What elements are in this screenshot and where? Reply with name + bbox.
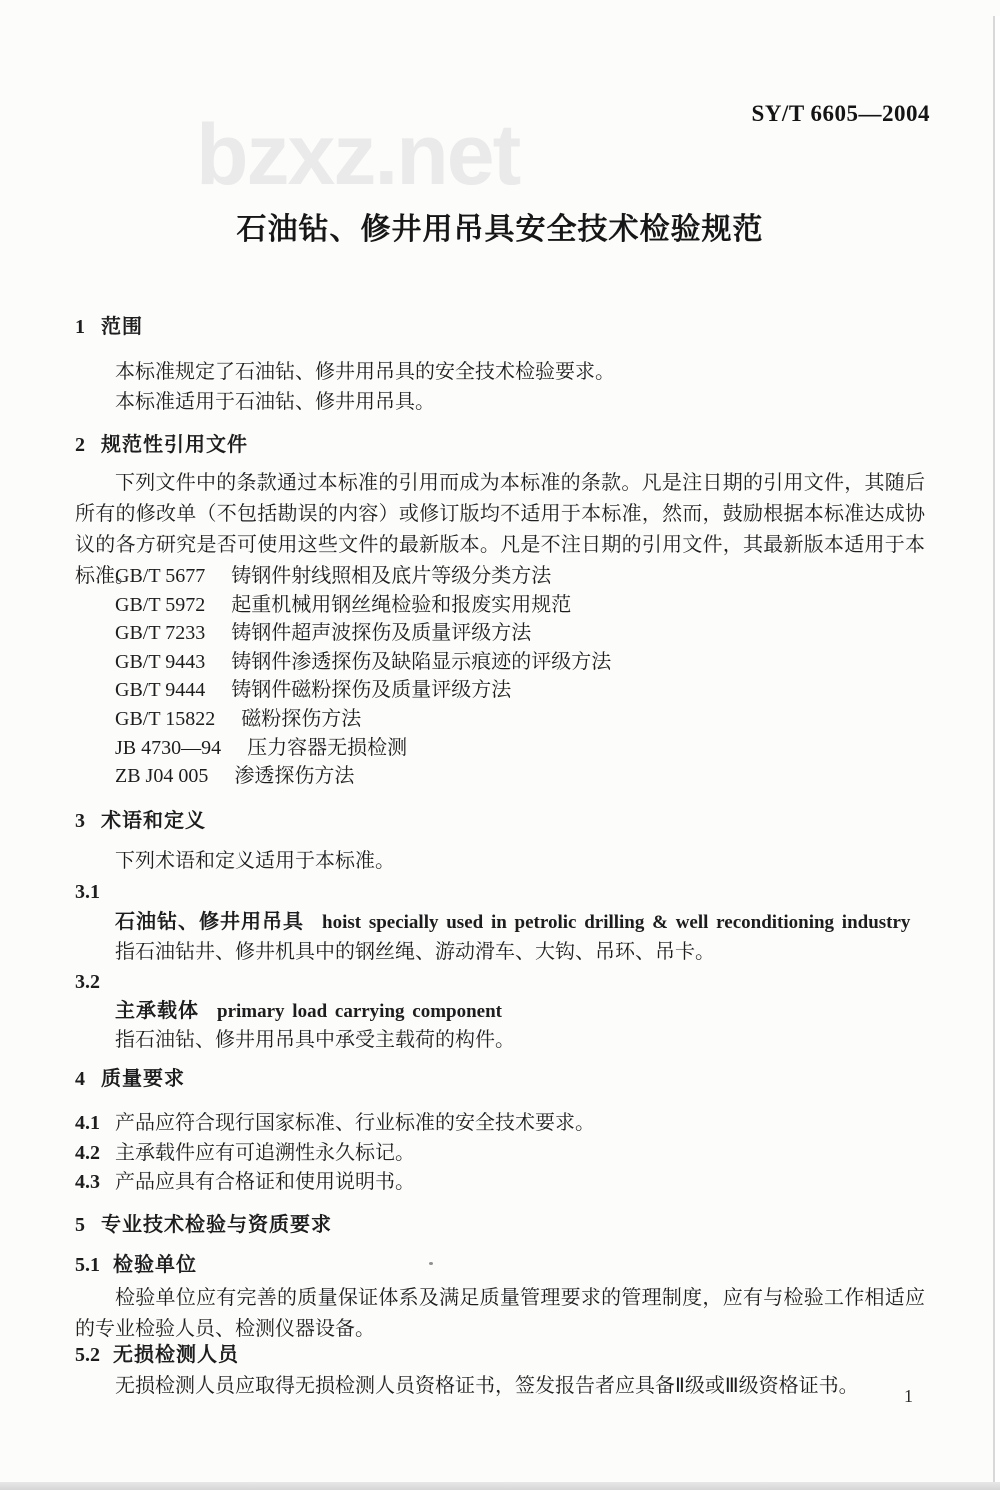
reference-item: JB 4730—94压力容器无损检测 [75, 734, 925, 763]
requirement-item: 4.3产品应具有合格证和使用说明书。 [75, 1167, 925, 1197]
paragraph-text: 检验单位应有完善的质量保证体系及满足质量管理要求的管理制度，应有与检验工作相适应… [75, 1287, 925, 1340]
reference-title: 铸钢件磁粉探伤及质量评级方法 [231, 679, 511, 701]
section-number: 4 [75, 1068, 85, 1090]
item-number: 4.1 [75, 1112, 100, 1134]
reference-code: GB/T 7233 [115, 622, 205, 644]
reference-item: ZB J04 005渗透探伤方法 [75, 762, 925, 791]
reference-code: GB/T 9444 [115, 679, 205, 701]
paragraph-line: 本标准规定了石油钻、修井用吊具的安全技术检验要求。 [115, 361, 615, 383]
term-chinese: 石油钻、修井用吊具 [115, 911, 304, 933]
page-title: 石油钻、修井用吊具安全技术检验规范 [0, 204, 1000, 248]
reference-code: ZB J04 005 [115, 765, 208, 787]
section-label: 质量要求 [101, 1068, 185, 1090]
reference-title: 起重机械用钢丝绳检验和报废实用规范 [231, 594, 571, 616]
section-label: 术语和定义 [101, 810, 206, 832]
section-number: 5 [75, 1214, 85, 1236]
reference-code: GB/T 9443 [115, 651, 205, 673]
section-heading-3: 3术语和定义 [75, 806, 925, 836]
paragraph-line: 本标准适用于石油钻、修井用吊具。 [115, 391, 435, 413]
requirement-item: 4.2主承载件应有可追溯性永久标记。 [75, 1138, 925, 1168]
term-definition: 指石油钻、修井用吊具中承受主载荷的构件。 [75, 1025, 965, 1055]
section-number: 1 [75, 316, 85, 338]
reference-item: GB/T 7233铸钢件超声波探伤及质量评级方法 [75, 619, 925, 648]
item-text: 主承载件应有可追溯性永久标记。 [115, 1142, 415, 1164]
section-label: 规范性引用文件 [101, 434, 248, 456]
section-number: 2 [75, 434, 85, 456]
reference-item: GB/T 5972起重机械用钢丝绳检验和报废实用规范 [75, 591, 925, 620]
reference-title: 磁粉探伤方法 [241, 708, 361, 730]
section-heading-2: 2规范性引用文件 [75, 430, 925, 460]
term-number-3-1: 3.1 [75, 877, 925, 907]
reference-code: GB/T 5972 [115, 594, 205, 616]
item-text: 产品应具有合格证和使用说明书。 [115, 1171, 415, 1193]
paragraph: 无损检测人员应取得无损检测人员资格证书，签发报告者应具备Ⅱ级或Ⅲ级资格证书。 [75, 1371, 925, 1401]
term-english: primary load carrying component [217, 1001, 502, 1022]
item-text: 产品应符合现行国家标准、行业标准的安全技术要求。 [115, 1112, 595, 1134]
reference-title: 渗透探伤方法 [234, 765, 354, 787]
subsection-number: 5.1 [75, 1254, 100, 1276]
watermark: bzxz.net [196, 106, 519, 205]
subsection-heading-5-1: 5.1检验单位 [75, 1250, 925, 1280]
section-heading-4: 4质量要求 [75, 1064, 925, 1094]
reference-item: GB/T 9443铸钢件渗透探伤及缺陷显示痕迹的评级方法 [75, 648, 925, 677]
section-heading-5: 5专业技术检验与资质要求 [75, 1210, 925, 1240]
paragraph: 检验单位应有完善的质量保证体系及满足质量管理要求的管理制度，应有与检验工作相适应… [75, 1283, 925, 1345]
requirement-item: 4.1产品应符合现行国家标准、行业标准的安全技术要求。 [75, 1108, 925, 1138]
page-number: 1 [904, 1386, 913, 1407]
scan-edge-right-margin [995, 16, 1000, 1482]
reference-title: 铸钢件渗透探伤及缺陷显示痕迹的评级方法 [231, 651, 611, 673]
item-number: 4.2 [75, 1142, 100, 1164]
section-label: 专业技术检验与资质要求 [101, 1214, 332, 1236]
paragraph-text: 无损检测人员应取得无损检测人员资格证书，签发报告者应具备Ⅱ级或Ⅲ级资格证书。 [115, 1375, 859, 1397]
reference-code: GB/T 5677 [115, 565, 205, 587]
term-line: 主承载体primary load carrying component [75, 996, 965, 1027]
section-number: 3 [75, 810, 85, 832]
doc-number: SY/T 6605—2004 [752, 101, 930, 127]
reference-title: 铸钢件超声波探伤及质量评级方法 [231, 622, 531, 644]
section-heading-1: 1范围 [75, 312, 925, 342]
scan-edge-right-line [993, 16, 995, 1482]
section-label: 范围 [101, 316, 143, 338]
scan-artifact-dot [429, 1262, 433, 1265]
subsection-label: 无损检测人员 [113, 1344, 239, 1366]
subsection-label: 检验单位 [113, 1254, 197, 1276]
paragraph: 下列术语和定义适用于本标准。 [75, 846, 925, 876]
paragraph: 本标准规定了石油钻、修井用吊具的安全技术检验要求。 [75, 357, 925, 387]
reference-item: GB/T 15822磁粉探伤方法 [75, 705, 925, 734]
subsection-heading-5-2: 5.2无损检测人员 [75, 1340, 925, 1370]
term-line: 石油钻、修井用吊具hoist specially used in petroli… [75, 907, 965, 938]
term-number-3-2: 3.2 [75, 967, 925, 997]
document-page: SY/T 6605—2004 bzxz.net 石油钻、修井用吊具安全技术检验规… [0, 0, 1000, 1490]
reference-item: GB/T 5677铸钢件射线照相及底片等级分类方法 [75, 562, 925, 591]
term-english: hoist specially used in petrolic drillin… [322, 912, 910, 933]
reference-code: JB 4730—94 [115, 737, 221, 759]
scan-edge-bottom-band [0, 1482, 1000, 1490]
reference-code: GB/T 15822 [115, 708, 215, 730]
reference-title: 压力容器无损检测 [247, 737, 407, 759]
paragraph: 本标准适用于石油钻、修井用吊具。 [75, 387, 925, 417]
paragraph-text: 下列术语和定义适用于本标准。 [115, 850, 395, 872]
reference-item: GB/T 9444铸钢件磁粉探伤及质量评级方法 [75, 676, 925, 705]
reference-title: 铸钢件射线照相及底片等级分类方法 [231, 565, 551, 587]
reference-list: GB/T 5677铸钢件射线照相及底片等级分类方法 GB/T 5972起重机械用… [75, 562, 925, 791]
subsection-number: 5.2 [75, 1344, 100, 1366]
item-number: 4.3 [75, 1171, 100, 1193]
term-chinese: 主承载体 [115, 1000, 199, 1022]
term-definition: 指石油钻井、修井机具中的钢丝绳、游动滑车、大钩、吊环、吊卡。 [75, 937, 965, 967]
